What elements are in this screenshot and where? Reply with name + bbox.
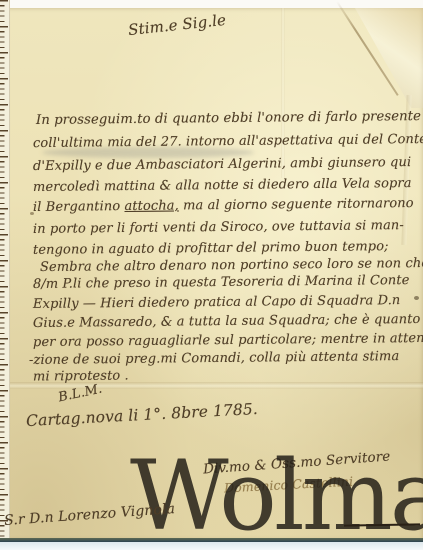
vertical-fold-crease bbox=[281, 8, 285, 178]
body-line-text: ma al giorno seguente ritornarono bbox=[183, 196, 414, 213]
scanned-letter-page: Stim.e Sig.le In prosseguim.to di quanto… bbox=[0, 0, 423, 550]
watermark-text: Wolmar bbox=[130, 448, 423, 544]
body-line-text: il Bergantino bbox=[33, 199, 125, 215]
body-line: mi riprotesto . bbox=[33, 368, 129, 384]
measuring-ruler-scale bbox=[0, 0, 10, 544]
scan-background-bottom bbox=[0, 542, 423, 550]
ink-speck bbox=[414, 296, 419, 300]
scan-background-top bbox=[0, 0, 423, 8]
underlined-ship-name: attocha, bbox=[124, 198, 179, 214]
